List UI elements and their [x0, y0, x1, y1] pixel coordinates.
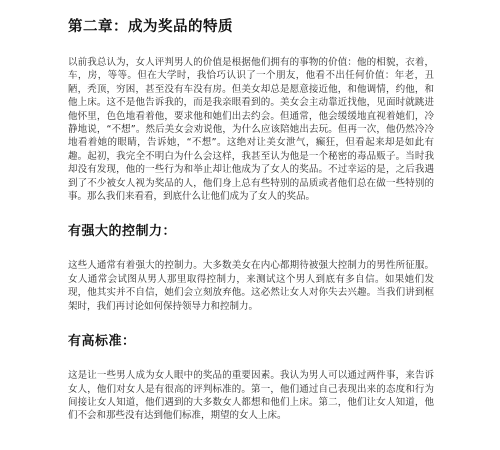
section-heading-standards: 有高标准：	[68, 334, 434, 350]
section-heading-control: 有强大的控制力：	[68, 224, 434, 240]
intro-paragraph: 以前我总认为，女人评判男人的价值是根据他们拥有的事物的价值：他的相貌，衣着，车，…	[68, 56, 434, 203]
section-body-control: 这些人通常有着强大的控制力。大多数美女在内心都期待被强大控制力的男性所征服。女人…	[68, 259, 434, 313]
document-page: 第二章：成为奖品的特质 以前我总认为，女人评判男人的价值是根据他们拥有的事物的价…	[0, 0, 500, 450]
section-body-standards: 这是让一些男人成为女人眼中的奖品的重要因素。我认为男人可以通过两件事，来告诉女人…	[68, 369, 434, 423]
chapter-title: 第二章：成为奖品的特质	[68, 17, 434, 37]
